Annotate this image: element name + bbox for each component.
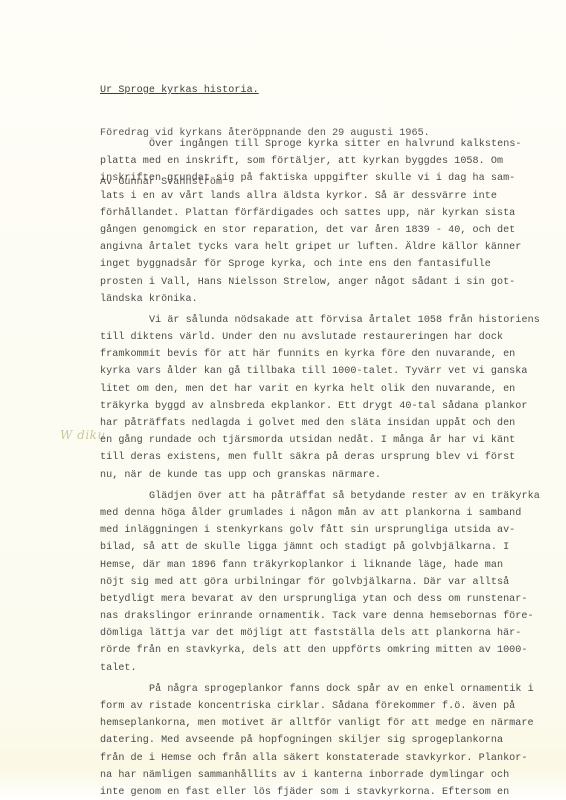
text-line: dömliga lättja var det möjligt att fasts…: [100, 625, 540, 642]
text-line: med denna höga ålder grumlades i någon m…: [100, 505, 540, 522]
paragraph: På några sprogeplankor fanns dock spår a…: [100, 681, 540, 800]
text-line: Över ingången till Sproge kyrka sitter e…: [100, 136, 540, 153]
document-page: Ur Sproge kyrkas historia. Föredrag vid …: [0, 0, 566, 800]
text-line: datering. Med avseende på hopfogningen s…: [100, 732, 540, 749]
text-line: talet.: [100, 660, 540, 677]
text-line: prosten i Vall, Hans Nielsson Strelow, a…: [100, 274, 540, 291]
text-line: betydligt mera bevarat av den ursprungli…: [100, 591, 540, 608]
text-line: litet om den, men det har varit en kyrka…: [100, 381, 540, 398]
text-line: till deras existens, men fullt säkra på …: [100, 449, 540, 466]
text-line: med inläggningen i stenkyrkans golv fått…: [100, 522, 540, 539]
text-line: inskriften grundat sig på faktiska uppgi…: [100, 170, 540, 187]
text-line: inte genom en fast eller lös fjäder som …: [100, 784, 540, 800]
text-line: hemseplankorna, men motivet är alltför v…: [100, 715, 540, 732]
text-line: kyrka vars ålder kan gå tillbaka till 10…: [100, 363, 540, 380]
document-title: Ur Sproge kyrkas historia.: [100, 82, 430, 99]
text-line: Vi är sålunda nödsakade att förvisa årta…: [100, 312, 540, 329]
paragraph: Glädjen över att ha påträffat så betydan…: [100, 488, 540, 677]
text-line: har påträffats nedlagda i golvet med den…: [100, 415, 540, 432]
text-line: en gång rundade och tjärsmorda utsidan n…: [100, 432, 540, 449]
text-line: form av ristade koncentriska cirklar. Så…: [100, 698, 540, 715]
text-line: lats i en av vårt lands allra äldsta kyr…: [100, 188, 540, 205]
text-line: ländska krönika.: [100, 291, 540, 308]
text-line: träkyrka byggd av alnsbreda ekplankor. E…: [100, 398, 540, 415]
text-line: nöjt sig med att göra urbilningar för go…: [100, 574, 540, 591]
paragraph: Vi är sålunda nödsakade att förvisa årta…: [100, 312, 540, 484]
text-line: nu, när de kunde tas upp och granskas nä…: [100, 467, 540, 484]
text-line: nas drakslingor erinrande ornamentik. Ta…: [100, 608, 540, 625]
text-line: Hemse, där man 1896 fann träkyrkoplankor…: [100, 557, 540, 574]
text-line: framkommit bevis för att här funnits en …: [100, 346, 540, 363]
text-line: inget byggnadsår för Sproge kyrka, och i…: [100, 256, 540, 273]
text-line: bilad, så att de skulle ligga jämnt och …: [100, 539, 540, 556]
paragraph: Över ingången till Sproge kyrka sitter e…: [100, 136, 540, 308]
handwritten-margin-note: W diku: [60, 428, 106, 442]
text-line: angivna årtalet tycks vara helt gripet u…: [100, 239, 540, 256]
text-line: na har nämligen sammanhållits av i kante…: [100, 767, 540, 784]
text-line: Glädjen över att ha påträffat så betydan…: [100, 488, 540, 505]
text-line: platta med en inskrift, som förtäljer, a…: [100, 153, 540, 170]
text-line: rörde från en stavkyrka, dels att den up…: [100, 642, 540, 659]
text-line: gången genomgick en stor reparation, det…: [100, 222, 540, 239]
text-line: till diktens värld. Under den nu avsluta…: [100, 329, 540, 346]
text-line: förhållandet. Plattan förfärdigades och …: [100, 205, 540, 222]
text-line: från de i Hemse och från alla säkert kon…: [100, 750, 540, 767]
text-line: På några sprogeplankor fanns dock spår a…: [100, 681, 540, 698]
document-body: Över ingången till Sproge kyrka sitter e…: [100, 136, 540, 800]
